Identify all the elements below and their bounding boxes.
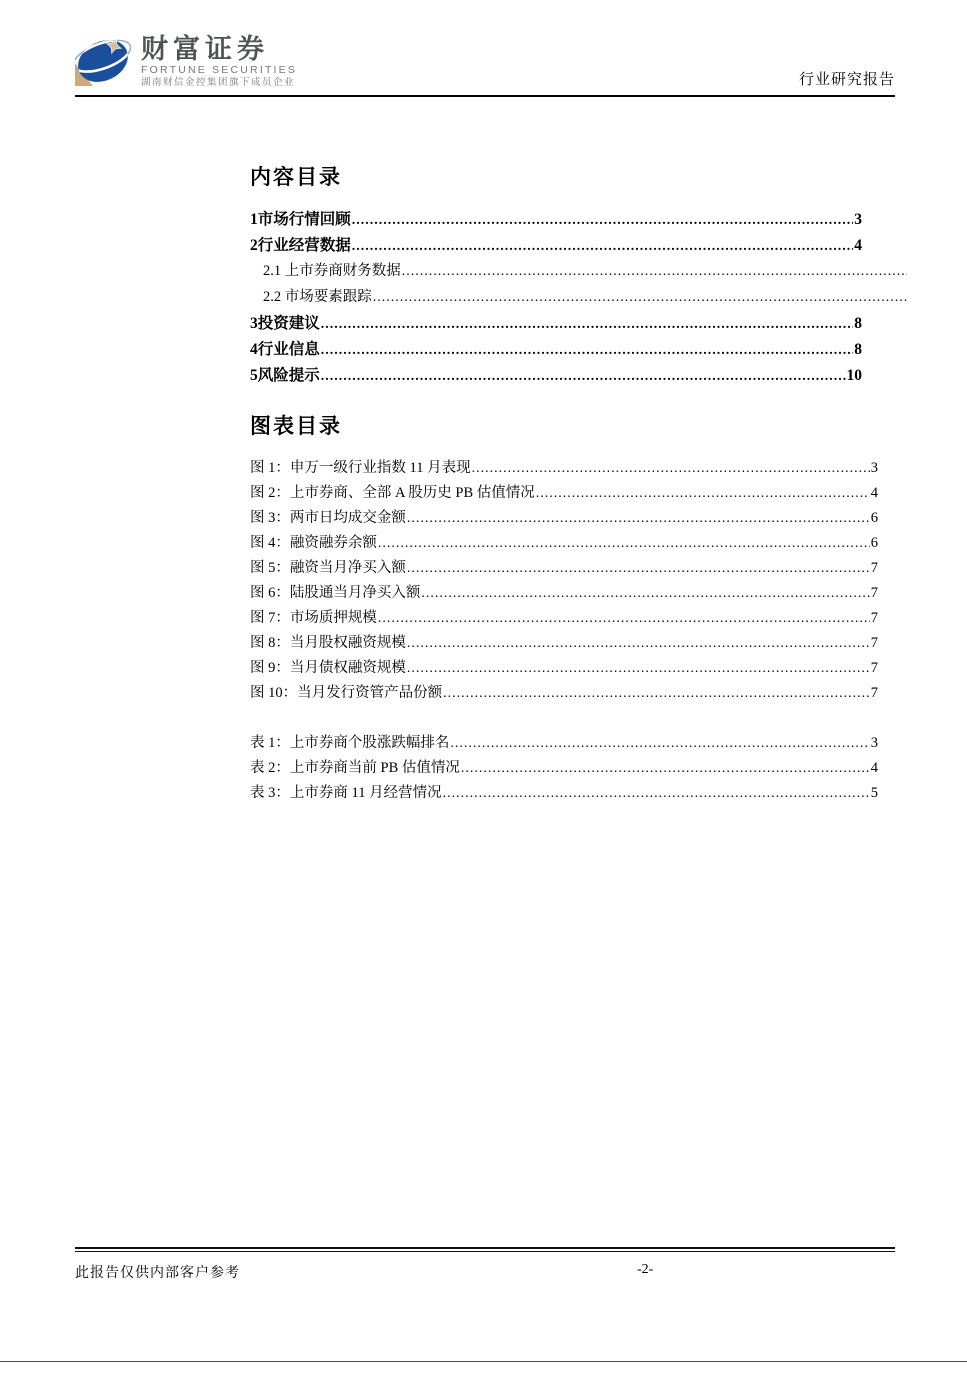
figure-entry-page: 7: [871, 585, 878, 602]
dot-leader: [402, 263, 907, 280]
toc-entry[interactable]: 4行业信息 8: [250, 337, 862, 363]
fortune-securities-logo-icon: [75, 33, 133, 87]
dot-leader: [461, 760, 870, 777]
contents-section: 内容目录 1市场行情回顾 3 2行业经营数据 4 2.1 上市券商财务数据: [250, 161, 862, 389]
page-bottom-edge: [0, 1361, 967, 1362]
page-header: 财富证券 FORTUNE SECURITIES 湖南财信金控集团旗下成员企业 行…: [75, 33, 895, 93]
table-entry-label: 表 1：上市券商个股涨跌幅排名: [250, 731, 449, 752]
header-divider: [75, 95, 895, 97]
dot-leader: [352, 237, 853, 255]
toc-entry[interactable]: 3投资建议 8: [250, 311, 862, 337]
figure-entry-page: 6: [871, 535, 878, 552]
figure-entry-label: 图 10：当月发行资管产品份额: [250, 681, 442, 702]
logo-name-en: FORTUNE SECURITIES: [141, 64, 297, 77]
toc-entry[interactable]: 5风险提示 10: [250, 363, 862, 389]
figure-entry-page: 7: [871, 660, 878, 677]
figure-entry-label: 图 7：市场质押规模: [250, 606, 377, 627]
dot-leader: [378, 610, 870, 627]
dot-leader: [421, 585, 869, 602]
figure-entry-page: 3: [871, 460, 878, 477]
toc-entry[interactable]: 2行业经营数据 4: [250, 233, 862, 259]
table-entry-page: 4: [871, 760, 878, 777]
figure-entry-label: 图 3：两市日均成交金额: [250, 506, 406, 527]
toc-entry-page: 8: [854, 341, 862, 359]
footer-divider-thick: [75, 1247, 895, 1249]
figure-entry[interactable]: 图 1：申万一级行业指数 11 月表现 3: [250, 456, 878, 481]
figure-entry[interactable]: 图 5：融资当月净买入额 7: [250, 556, 878, 581]
figure-entry-page: 7: [871, 560, 878, 577]
figure-entry-page: 7: [871, 685, 878, 702]
logo-subtitle: 湖南财信金控集团旗下成员企业: [141, 77, 297, 89]
figure-entry-page: 7: [871, 635, 878, 652]
figure-entry-label: 图 5：融资当月净买入额: [250, 556, 406, 577]
figure-entry[interactable]: 图 10：当月发行资管产品份额 7: [250, 681, 878, 706]
report-page: 财富证券 FORTUNE SECURITIES 湖南财信金控集团旗下成员企业 行…: [0, 0, 967, 1373]
figure-entry-label: 图 6：陆股通当月净买入额: [250, 581, 420, 602]
contents-list: 1市场行情回顾 3 2行业经营数据 4 2.1 上市券商财务数据: [250, 207, 862, 389]
figure-entry-page: 6: [871, 510, 878, 527]
figure-entry-page: 4: [871, 485, 878, 502]
figures-section: 图表目录 图 1：申万一级行业指数 11 月表现 3 图 2：上市券商、全部 A…: [250, 410, 878, 806]
footer-divider-thin: [75, 1251, 895, 1252]
table-entry[interactable]: 表 3：上市券商 11 月经营情况 5: [250, 781, 878, 806]
figure-entry[interactable]: 图 8：当月股权融资规模 7: [250, 631, 878, 656]
dot-leader: [443, 685, 870, 702]
dot-leader: [321, 341, 853, 359]
table-list: 表 1：上市券商个股涨跌幅排名 3 表 2：上市券商当前 PB 估值情况 4 表…: [250, 731, 878, 806]
figure-entry[interactable]: 图 6：陆股通当月净买入额 7: [250, 581, 878, 606]
figure-entry[interactable]: 图 4：融资融券余额 6: [250, 531, 878, 556]
figure-entry-label: 图 9：当月债权融资规模: [250, 656, 406, 677]
dot-leader: [450, 735, 869, 752]
toc-entry-label: 4行业信息: [250, 337, 320, 359]
table-entry-label: 表 2：上市券商当前 PB 估值情况: [250, 756, 460, 777]
toc-entry-label: 2.1 上市券商财务数据: [263, 259, 401, 280]
table-entry-page: 5: [871, 785, 878, 802]
figure-entry[interactable]: 图 7：市场质押规模 7: [250, 606, 878, 631]
figure-list: 图 1：申万一级行业指数 11 月表现 3 图 2：上市券商、全部 A 股历史 …: [250, 456, 878, 706]
toc-entry-label: 5风险提示: [250, 363, 320, 385]
dot-leader: [536, 485, 870, 502]
dot-leader: [321, 367, 846, 385]
dot-leader: [407, 660, 870, 677]
dot-leader: [407, 560, 870, 577]
dot-leader: [373, 289, 907, 306]
table-entry-page: 3: [871, 735, 878, 752]
footer-page-number: -2-: [637, 1262, 653, 1278]
dot-leader: [472, 460, 870, 477]
dot-leader: [407, 510, 870, 527]
logo-name-cn: 财富证券: [141, 35, 297, 64]
toc-entry-page: 10: [847, 367, 863, 385]
toc-entry-page: 3: [854, 211, 862, 229]
dot-leader: [378, 535, 870, 552]
figure-entry-page: 7: [871, 610, 878, 627]
toc-entry-label: 3投资建议: [250, 311, 320, 333]
table-entry-label: 表 3：上市券商 11 月经营情况: [250, 781, 442, 802]
dot-leader: [352, 211, 853, 229]
toc-entry[interactable]: 2.1 上市券商财务数据: [250, 259, 908, 285]
figure-entry-label: 图 1：申万一级行业指数 11 月表现: [250, 456, 471, 477]
toc-entry-label: 1市场行情回顾: [250, 207, 351, 229]
toc-entry-page: 8: [854, 315, 862, 333]
table-entry[interactable]: 表 2：上市券商当前 PB 估值情况 4: [250, 756, 878, 781]
toc-entry-page: 4: [854, 237, 862, 255]
toc-entry-label: 2.2 市场要素跟踪: [263, 285, 372, 306]
figure-entry-label: 图 4：融资融券余额: [250, 531, 377, 552]
logo-text: 财富证券 FORTUNE SECURITIES 湖南财信金控集团旗下成员企业: [141, 33, 297, 89]
contents-title: 内容目录: [250, 161, 862, 191]
figure-entry[interactable]: 图 3：两市日均成交金额 6: [250, 506, 878, 531]
figure-entry-label: 图 2：上市券商、全部 A 股历史 PB 估值情况: [250, 481, 535, 502]
page-footer: 此报告仅供内部客户参考 -2-: [75, 1247, 895, 1282]
figure-entry[interactable]: 图 2：上市券商、全部 A 股历史 PB 估值情况 4: [250, 481, 878, 506]
figure-entry-label: 图 8：当月股权融资规模: [250, 631, 406, 652]
figure-entry[interactable]: 图 9：当月债权融资规模 7: [250, 656, 878, 681]
table-entry[interactable]: 表 1：上市券商个股涨跌幅排名 3: [250, 731, 878, 756]
footer-disclaimer: 此报告仅供内部客户参考: [75, 1262, 240, 1282]
toc-entry-label: 2行业经营数据: [250, 233, 351, 255]
toc-entry[interactable]: 2.2 市场要素跟踪: [250, 285, 908, 311]
report-type-label: 行业研究报告: [799, 68, 895, 89]
toc-entry[interactable]: 1市场行情回顾 3: [250, 207, 862, 233]
dot-leader: [443, 785, 870, 802]
company-logo: 财富证券 FORTUNE SECURITIES 湖南财信金控集团旗下成员企业: [75, 33, 895, 89]
figures-title: 图表目录: [250, 410, 878, 440]
dot-leader: [321, 315, 853, 333]
dot-leader: [407, 635, 870, 652]
